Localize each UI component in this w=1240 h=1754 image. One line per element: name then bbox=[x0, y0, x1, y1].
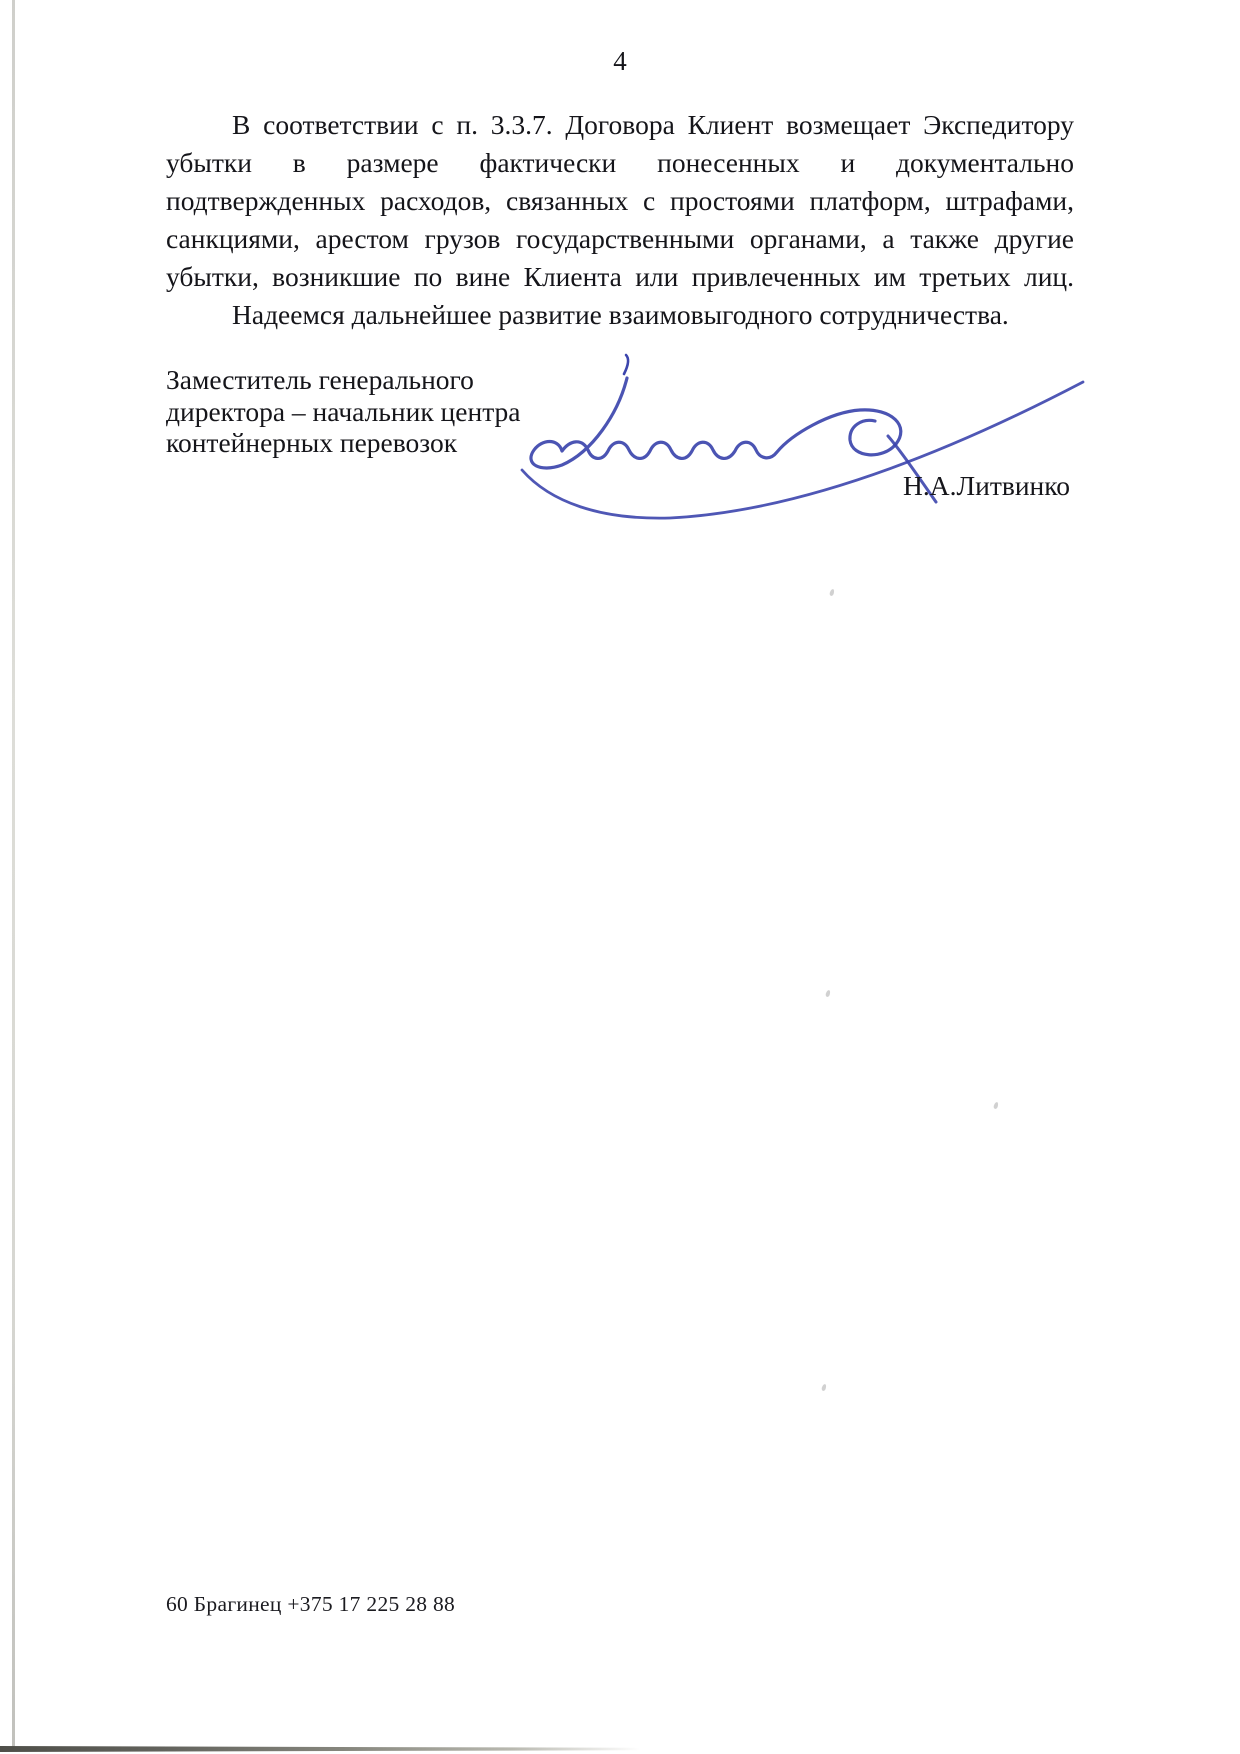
paragraph-line: убытки, возникшие по вине Клиента или пр… bbox=[166, 258, 1074, 296]
paragraph-line: убытки в размере фактически понесенных и… bbox=[166, 144, 1074, 182]
signature-stroke bbox=[531, 378, 901, 468]
footer-note: 60 Брагинец +375 17 225 28 88 bbox=[166, 1592, 455, 1617]
scan-speckle bbox=[993, 1102, 999, 1110]
paragraph-line: В соответствии с п. 3.3.7. Договора Клие… bbox=[166, 106, 1074, 144]
scan-speckle bbox=[825, 990, 831, 998]
scanned-letter-page: 4 В соответствии с п. 3.3.7. Договора Кл… bbox=[0, 0, 1240, 1754]
paragraph-line: подтвержденных расходов, связанных с про… bbox=[166, 182, 1074, 220]
scan-bottom-band bbox=[0, 1746, 640, 1752]
signer-name: Н.А.Литвинко bbox=[903, 470, 1070, 502]
page-number: 4 bbox=[0, 46, 1240, 77]
closing-paragraph: Надеемся дальнейшее развитие взаимовыгод… bbox=[232, 296, 1140, 334]
paragraph-line: санкциями, арестом грузов государственны… bbox=[166, 220, 1074, 258]
signature-stroke bbox=[624, 355, 628, 374]
signature-ink bbox=[500, 352, 1110, 532]
body-paragraph: В соответствии с п. 3.3.7. Договора Клие… bbox=[166, 106, 1074, 296]
scan-edge-line bbox=[12, 0, 15, 1748]
scan-speckle bbox=[821, 1384, 827, 1392]
scan-speckle bbox=[829, 589, 835, 597]
